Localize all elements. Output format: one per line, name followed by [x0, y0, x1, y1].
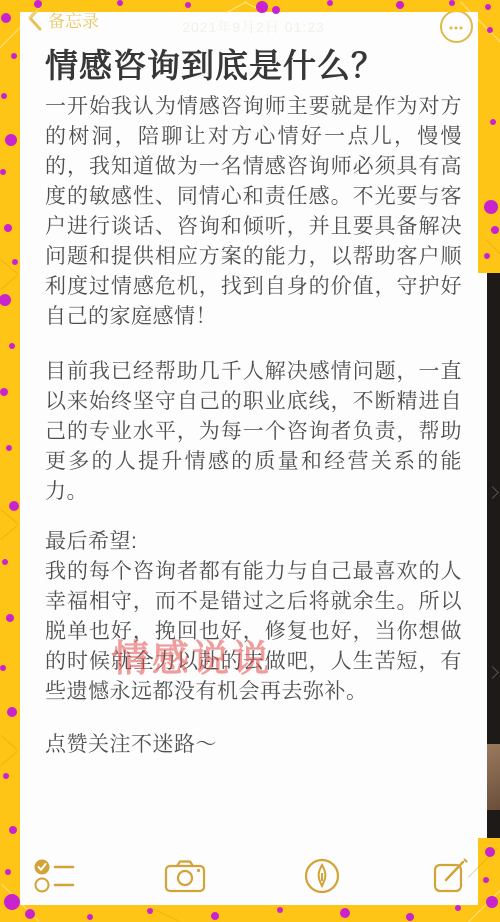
checklist-icon[interactable] [33, 857, 75, 895]
confetti-dot [211, 912, 219, 920]
confetti-dot [12, 259, 18, 265]
confetti-dot [3, 773, 9, 779]
confetti-dot [449, 0, 455, 6]
confetti-dot [0, 388, 8, 396]
frame-border-top [0, 0, 500, 12]
confetti-dot [147, 908, 153, 914]
confetti-dot [490, 119, 496, 125]
confetti-dot [4, 224, 12, 232]
confetti-dot [256, 1, 268, 13]
markup-icon[interactable] [301, 857, 343, 895]
note-paragraph: 目前我已经帮助几千人解决感情问题，一直以来始终坚守自己的职业底线，不断精进自己的… [45, 357, 462, 507]
note-title: 情感咨询到底是什么？ [45, 44, 465, 88]
screenshot-root: 备忘录 2021年9月2日 01:23 情感咨询到底是什么？ 一开始我认为情感咨… [0, 0, 500, 922]
confetti-dot [6, 445, 12, 451]
confetti-dot [34, 0, 42, 8]
compose-icon[interactable] [430, 857, 472, 895]
photo-skin-patch [487, 744, 500, 810]
confetti-dot [1, 13, 11, 23]
confetti-dot [0, 665, 6, 671]
confetti-dot [7, 707, 17, 717]
confetti-dot [483, 877, 489, 883]
confetti-dot [5, 134, 17, 146]
confetti-dot [406, 913, 414, 921]
note-paragraph-heading: 最后希望: [45, 527, 462, 557]
confetti-dot [11, 53, 17, 59]
photo-chevron-mark [486, 666, 499, 679]
confetti-dot [487, 27, 493, 33]
confetti-dot [1, 93, 7, 99]
camera-icon[interactable] [164, 857, 206, 895]
confetti-dot [9, 501, 19, 511]
notes-toolbar [20, 845, 487, 905]
confetti-dot [491, 226, 499, 234]
notes-app-card: 备忘录 2021年9月2日 01:23 情感咨询到底是什么？ 一开始我认为情感咨… [20, 0, 487, 905]
confetti-dot [185, 2, 191, 8]
confetti-dot [277, 907, 283, 913]
photo-chevron-mark [486, 486, 499, 499]
confetti-dot [455, 905, 461, 911]
confetti-dot [4, 894, 20, 910]
background-photo-strip [487, 273, 500, 838]
confetti-dot [396, 1, 404, 9]
confetti-dot [272, 6, 280, 14]
confetti-dot [485, 4, 491, 10]
confetti-dot [485, 847, 495, 857]
more-circle-icon[interactable] [440, 10, 473, 43]
note-paragraph: 一开始我认为情感咨询师主要就是作为对方的树洞，陪聊让对方心情好一点儿，慢慢的，我… [45, 92, 462, 332]
confetti-dot [327, 0, 333, 6]
confetti-dot [9, 826, 17, 834]
note-paragraph: 点赞关注不迷路～ [45, 730, 462, 760]
confetti-dot [486, 896, 498, 908]
note-date: 2021年9月2日 01:23 [20, 17, 487, 37]
confetti-dot [9, 343, 15, 349]
confetti-dot [6, 614, 14, 622]
confetti-dot [340, 908, 350, 918]
confetti-dot [5, 869, 11, 875]
confetti-dot [25, 909, 35, 919]
watermark-text: 情感说说 [112, 628, 272, 682]
confetti-dot [484, 253, 490, 259]
confetti-dot [87, 914, 93, 920]
confetti-dot [0, 169, 6, 175]
confetti-dot [117, 0, 123, 6]
confetti-dot [2, 559, 8, 565]
confetti-dot [484, 200, 498, 214]
frame-border-bottom [0, 905, 500, 922]
